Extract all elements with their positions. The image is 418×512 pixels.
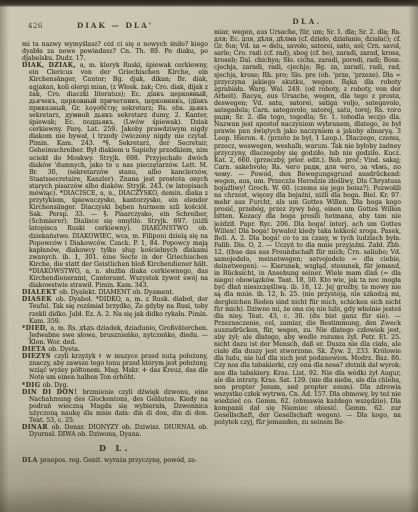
dictionary-paragraph: DIEZYS czyli krzyżyk ♯ w muzyce przed nu… xyxy=(22,353,208,381)
dictionary-paragraph: mi ta nazwy wymyślasz? cóż ci się o nowy… xyxy=(22,41,208,62)
entry-headword: DIALEKT xyxy=(22,289,59,296)
dictionary-paragraph: *DIED, a, m. Rs. дѣдъ dziadek, dziadunio… xyxy=(22,325,208,346)
left-column: mi ta nazwy wymyślasz? cóż ci się o nowy… xyxy=(22,41,208,477)
dictionary-paragraph: DIALEKT ob. Dyalekt. DIAMENT ob. Dyament… xyxy=(22,289,208,296)
entry-headword: DINAR xyxy=(22,424,52,431)
scan-shadow-left xyxy=(0,0,9,512)
entry-headword: DIETA xyxy=(22,346,48,353)
scan-shadow-right xyxy=(408,0,418,512)
dictionary-paragraph: DIN DI DON! brzmienie czyli dźwięk dzwon… xyxy=(22,389,208,424)
section-heading: D L. xyxy=(22,445,208,452)
entry-headword: DIASEK xyxy=(22,296,56,303)
entry-headword: DIEZYS xyxy=(22,353,54,360)
running-head-left: DIAK — DLA' xyxy=(22,21,208,30)
entry-headword: *DIED, xyxy=(22,325,50,332)
entry-headword: *DIG xyxy=(22,382,43,389)
dictionary-paragraph: DINAR ob. Denar. DIONYZY ob. Dziwisz. DI… xyxy=(22,424,208,438)
dictionary-paragraph: DLA praepos. reg. Genit. wyraża przyczyn… xyxy=(22,457,208,464)
right-column: miar, wegen, aus Ursache, für, um; Sr. 1… xyxy=(214,29,401,485)
dictionary-paragraph: DIAK, DZIAK, a, m. kleryk Ruski, śpiewak… xyxy=(22,62,208,289)
entry-headword: DIAK, DZIAK, xyxy=(22,62,80,69)
dictionary-paragraph: DIASEK ob. Dyaboł. *DIDKO, a, m. z Rusk.… xyxy=(22,296,208,324)
running-head-right: DLA. xyxy=(214,17,400,26)
entry-headword: DIN DI DON! xyxy=(22,389,83,396)
entry-headword: DLA xyxy=(22,457,40,464)
dictionary-paragraph: miar, wegen, aus Ursache, für, um; Sr. 1… xyxy=(214,29,401,426)
scan-shadow-bottom xyxy=(0,486,418,512)
scanned-dictionary-page: 426 DIAK — DLA' DLA. mi ta nazwy wymyśla… xyxy=(0,0,418,512)
scan-edge-top xyxy=(0,0,418,7)
dictionary-paragraph: *DIG ob. Dyg. xyxy=(22,382,208,389)
